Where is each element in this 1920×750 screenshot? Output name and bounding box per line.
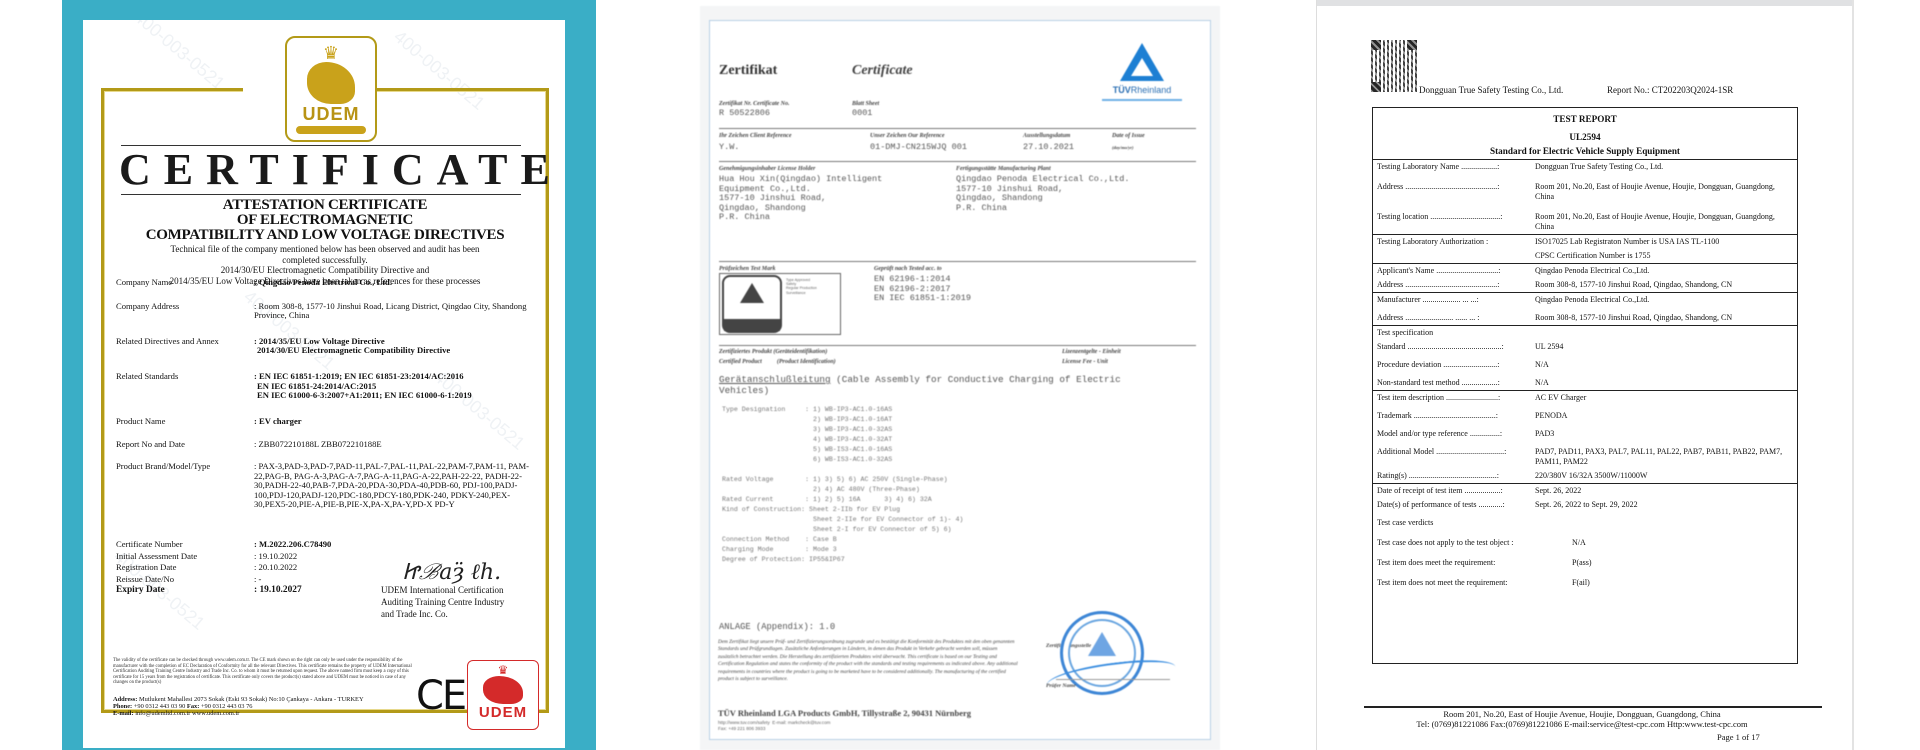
report-section: Manufacturer ................... ... ...… bbox=[1373, 293, 1797, 326]
crown-icon: ♛ bbox=[468, 664, 538, 676]
divider bbox=[719, 345, 1196, 346]
verdicts-title: Test case verdicts bbox=[1377, 518, 1535, 528]
field-value: ISO17025 Lab Registraton Number is USA I… bbox=[1535, 237, 1793, 247]
tested-label: Geprüft nach Tested acc. to bbox=[874, 266, 942, 272]
report-section: Test specificationStandard .............… bbox=[1373, 326, 1797, 391]
tuv-triangle-icon bbox=[1120, 43, 1164, 81]
field-value: Sept. 26, 2022 bbox=[1535, 486, 1793, 496]
field-value: PAD3 bbox=[1535, 429, 1793, 439]
test-report-image: Dongguan True Safety Testing Co., Ltd. R… bbox=[1316, 0, 1854, 750]
signature-line bbox=[1056, 679, 1170, 680]
field-directives: Related Directives and Annex : 2014/35/E… bbox=[116, 337, 536, 356]
field-value: N/A bbox=[1535, 360, 1793, 370]
report-field-row: Trademark ..............................… bbox=[1377, 409, 1793, 423]
validity-fine-print: The validity of the certificate can be c… bbox=[113, 658, 415, 686]
verdict-row: Test case does not apply to the test obj… bbox=[1377, 536, 1793, 550]
standard-name: Standard for Electric Vehicle Supply Equ… bbox=[1377, 144, 1793, 159]
report-field-row: Manufacturer ................... ... ...… bbox=[1377, 293, 1793, 307]
document-top-bar bbox=[1317, 0, 1852, 6]
report-field-row: Additional Model .......................… bbox=[1377, 445, 1793, 469]
issue-date: 27.10.2021 bbox=[1023, 143, 1074, 153]
report-field-row: Model and/or type reference ............… bbox=[1377, 427, 1793, 441]
field-label: Manufacturer ................... ... ...… bbox=[1377, 295, 1535, 305]
field-label: Address ................................… bbox=[1377, 280, 1535, 290]
report-field-row: Date(s) of performance of tests ........… bbox=[1377, 498, 1793, 512]
field-value: 220/380V 16/32A 3500W/11000W bbox=[1535, 471, 1793, 481]
report-footer: Room 201, No.20, East of Houjie Avenue, … bbox=[1337, 709, 1827, 730]
field-report-number: Report No and Date : ZBB072210188L ZBB07… bbox=[116, 440, 536, 450]
report-field-row: Procedure deviation ....................… bbox=[1377, 358, 1793, 372]
test-mark-label: Prüfzeichen Test Mark bbox=[719, 266, 775, 272]
field-company-name: Company Name : Qingdao Penoda Electrical… bbox=[116, 278, 536, 288]
udem-contact: Address: Mutlukent Mahallesi 2073 Sokak … bbox=[113, 696, 443, 718]
field-label: Address ................................… bbox=[1377, 182, 1535, 202]
field-value: N/A bbox=[1535, 378, 1793, 388]
field-value: Qingdao Penoda Electrical Co.,Ltd. bbox=[1535, 295, 1793, 305]
field-value: Sept. 26, 2022 to Sept. 29, 2022 bbox=[1535, 500, 1793, 510]
plant-label: Fertigungsstätte Manufacturing Plant bbox=[956, 166, 1051, 172]
field-label bbox=[1377, 251, 1535, 261]
date-of-issue-label: Date of Issue bbox=[1112, 133, 1145, 139]
field-value: Room 308-8, 1577-10 Jinshui Road, Qingda… bbox=[1535, 280, 1793, 290]
field-label: Date of receipt of test item ...........… bbox=[1377, 486, 1535, 496]
heading-certificate: Certificate bbox=[852, 63, 913, 79]
field-product-name: Product Name : EV charger bbox=[116, 417, 536, 427]
report-section: Testing Laboratory Name ................… bbox=[1373, 160, 1797, 235]
tuv-company-address: TÜV Rheinland LGA Products GmbH, Tillyst… bbox=[718, 708, 971, 718]
field-value: Room 201, No.20, East of Houjie Avenue, … bbox=[1535, 212, 1793, 232]
client-ref: Y.W. bbox=[719, 143, 739, 153]
fee-label-en: License Fee - Unit bbox=[1062, 359, 1108, 365]
field-value bbox=[1535, 328, 1793, 338]
report-section: Applicant's Name .......................… bbox=[1373, 264, 1797, 293]
report-field-row: Testing Laboratory Name ................… bbox=[1377, 160, 1793, 174]
report-field-row: Standard ...............................… bbox=[1377, 340, 1793, 354]
product-specs: Type Designation : 1) WB-IP3-AC1.0-16AS … bbox=[722, 405, 963, 565]
tuv-certified-badge-icon bbox=[722, 275, 782, 333]
report-field-row: Rating(s) ..............................… bbox=[1377, 469, 1793, 483]
date-format: (day/mo/yr) bbox=[1112, 145, 1134, 150]
heading-zertifikat: Zertifikat bbox=[719, 63, 777, 79]
divider bbox=[719, 261, 1196, 262]
our-ref-label: Unser Zeichen Our Reference bbox=[870, 133, 945, 139]
field-label: Address ........................ ...... … bbox=[1377, 313, 1535, 323]
field-standards: Related Standards : EN IEC 61851-1:2019;… bbox=[116, 372, 536, 401]
report-field-row: Testing location .......................… bbox=[1377, 210, 1793, 234]
verdicts-section: Test case verdicts Test case does not ap… bbox=[1373, 516, 1797, 596]
field-label: Trademark ..............................… bbox=[1377, 411, 1535, 421]
divider bbox=[121, 194, 521, 195]
field-label: Testing location .......................… bbox=[1377, 212, 1535, 232]
field-label: Additional Model .......................… bbox=[1377, 447, 1535, 467]
tuv-rheinland-logo: TÜVRheinland bbox=[1102, 43, 1182, 101]
certificate-subtitle: ATTESTATION CERTIFICATE OF ELECTROMAGNET… bbox=[103, 198, 547, 243]
qr-code-icon bbox=[1371, 40, 1417, 92]
sheet-label: Blatt Sheet bbox=[852, 101, 879, 107]
report-field-row: Non-standard test method ...............… bbox=[1377, 376, 1793, 390]
field-label: Model and/or type reference ............… bbox=[1377, 429, 1535, 439]
field-value: AC EV Charger bbox=[1535, 393, 1793, 403]
field-value: Dongguan True Safety Testing Co., Ltd. bbox=[1535, 162, 1793, 172]
field-label: Non-standard test method ...............… bbox=[1377, 378, 1535, 388]
field-label: Testing Laboratory Authorization : bbox=[1377, 237, 1535, 247]
appendix: ANLAGE (Appendix): 1.0 bbox=[719, 623, 835, 633]
signer-name: Prüfer Name bbox=[1046, 683, 1076, 689]
page-number: Page 1 of 17 bbox=[1717, 732, 1760, 742]
sheet-no: 0001 bbox=[852, 109, 872, 119]
watermark: 400-003-0521 bbox=[129, 20, 228, 95]
field-value: Room 308-8, 1577-10 Jinshui Road, Qingda… bbox=[1535, 313, 1793, 323]
ribbon-icon bbox=[296, 126, 366, 134]
report-title-section: TEST REPORT UL2594 Standard for Electric… bbox=[1373, 108, 1797, 160]
logo-text: UDEM bbox=[287, 104, 375, 124]
license-holder: Hua Hou Xin(Qingdao) Intelligent Equipme… bbox=[719, 175, 882, 223]
tuv-fine-print: Dem Zertifikat liegt unsere Prüf- und Ze… bbox=[718, 639, 1018, 683]
issue-date-label: Ausstellungsdatum bbox=[1023, 133, 1070, 139]
report-field-row: Testing Laboratory Authorization :ISO170… bbox=[1377, 235, 1793, 249]
divider bbox=[719, 161, 1196, 162]
standard-code: UL2594 bbox=[1377, 130, 1793, 144]
field-label: Rating(s) ..............................… bbox=[1377, 471, 1535, 481]
test-report-table: TEST REPORT UL2594 Standard for Electric… bbox=[1372, 107, 1798, 664]
lab-header: Dongguan True Safety Testing Co., Ltd. bbox=[1419, 85, 1563, 95]
field-label: Standard ...............................… bbox=[1377, 342, 1535, 352]
report-field-row: Address ................................… bbox=[1377, 180, 1793, 204]
field-label: Procedure deviation ....................… bbox=[1377, 360, 1535, 370]
udem-certificate-sheet: 400-003-0521 400-003-0521 400-003-0521 4… bbox=[83, 20, 565, 748]
report-field-row: Test item description ..................… bbox=[1377, 391, 1793, 405]
footer-divider bbox=[1364, 706, 1822, 708]
field-company-address: Company Address : Room 308-8, 1577-10 Ji… bbox=[116, 302, 536, 321]
report-field-row: Date of receipt of test item ...........… bbox=[1377, 484, 1793, 498]
tuv-contact: http://www.tuv.com/safety E-mail: markch… bbox=[718, 720, 830, 732]
udem-signature-block: Ꮵℬaȝ̈ ℓℎ. UDEM International Certificati… bbox=[381, 562, 511, 620]
report-section: Testing Laboratory Authorization :ISO170… bbox=[1373, 235, 1797, 264]
certified-product-label-de: Zertifiziertes Produkt (Geräteidentifika… bbox=[719, 349, 827, 355]
field-value: PENODA bbox=[1535, 411, 1793, 421]
verdict-row: Test item does meet the requirement:P(as… bbox=[1377, 556, 1793, 570]
tuv-certificate-sheet: Zertifikat Certificate TÜVRheinland Zert… bbox=[709, 20, 1211, 740]
field-value: PAD7, PAD11, PAX3, PAL7, PAL11, PAL22, P… bbox=[1535, 447, 1793, 467]
crown-icon: ♛ bbox=[287, 44, 375, 62]
report-field-row: Test specification bbox=[1377, 326, 1793, 340]
our-ref: 01-DMJ-CN215WJQ 001 bbox=[870, 143, 967, 153]
field-value: Qingdao Penoda Electrical Co.,Ltd. bbox=[1535, 266, 1793, 276]
report-section: Date of receipt of test item ...........… bbox=[1373, 484, 1797, 516]
license-holder-label: Genehmigungsinhaber License Holder bbox=[719, 166, 815, 172]
field-label: Test item description ..................… bbox=[1377, 393, 1535, 403]
field-models: Product Brand/Model/Type : PAX-3,PAD-3,P… bbox=[116, 462, 536, 510]
field-label: Applicant's Name .......................… bbox=[1377, 266, 1535, 276]
field-certificate-number: Certificate Number : M.2022.206.C78490 bbox=[116, 540, 536, 550]
client-ref-label: Ihr Zeichen Client Reference bbox=[719, 133, 792, 139]
udem-certificate-image: 400-003-0521 400-003-0521 400-003-0521 4… bbox=[62, 0, 596, 750]
tested-standards: EN 62196-1:2014 EN 62196-2:2017 EN IEC 6… bbox=[874, 275, 971, 304]
field-label: Test specification bbox=[1377, 328, 1535, 338]
verdict-row: Test item does not meet the requirement:… bbox=[1377, 576, 1793, 590]
certificate-title: CERTIFICATE bbox=[119, 148, 529, 192]
product-title: Gerätanschlußleitung (Cable Assembly for… bbox=[719, 374, 1121, 396]
udem-gold-logo: ♛ UDEM bbox=[285, 36, 377, 142]
field-value: Room 201, No.20, East of Houjie Avenue, … bbox=[1535, 182, 1793, 202]
manufacturing-plant: Qingdao Penoda Electrical Co.,Ltd. 1577-… bbox=[956, 175, 1129, 213]
report-field-row: CPSC Certification Number is 1755 bbox=[1377, 249, 1793, 263]
lion-icon bbox=[307, 62, 355, 104]
report-section: Test item description ..................… bbox=[1373, 391, 1797, 484]
lion-icon bbox=[483, 676, 523, 704]
signature: Ꮵℬaȝ̈ ℓℎ. bbox=[403, 562, 511, 584]
ce-mark-icon: CE bbox=[416, 676, 465, 716]
cert-no: R 50522806 bbox=[719, 109, 770, 119]
certified-product-label-en: Certified Product (Product Identificatio… bbox=[719, 359, 836, 365]
udem-red-logo: ♛ UDEM bbox=[467, 660, 539, 730]
report-number: Report No.: CT202203Q2024-1SR bbox=[1607, 85, 1733, 95]
cert-no-label: Zertifikat Nr. Certificate No. bbox=[719, 101, 790, 107]
tuv-certificate-image: Zertifikat Certificate TÜVRheinland Zert… bbox=[700, 6, 1220, 750]
fee-label-de: Lizenzentgelte - Einheit bbox=[1062, 349, 1121, 355]
certificate-fields: Company Name : Qingdao Penoda Electrical… bbox=[116, 278, 536, 596]
divider bbox=[719, 128, 1196, 129]
field-label: Date(s) of performance of tests ........… bbox=[1377, 500, 1535, 510]
field-label: Testing Laboratory Name ................… bbox=[1377, 162, 1535, 172]
report-field-row: Address ................................… bbox=[1377, 278, 1793, 292]
report-field-row: Applicant's Name .......................… bbox=[1377, 264, 1793, 278]
report-field-row: Address ........................ ...... … bbox=[1377, 311, 1793, 325]
field-value: CPSC Certification Number is 1755 bbox=[1535, 251, 1793, 261]
field-value: UL 2594 bbox=[1535, 342, 1793, 352]
report-title: TEST REPORT bbox=[1377, 108, 1793, 126]
